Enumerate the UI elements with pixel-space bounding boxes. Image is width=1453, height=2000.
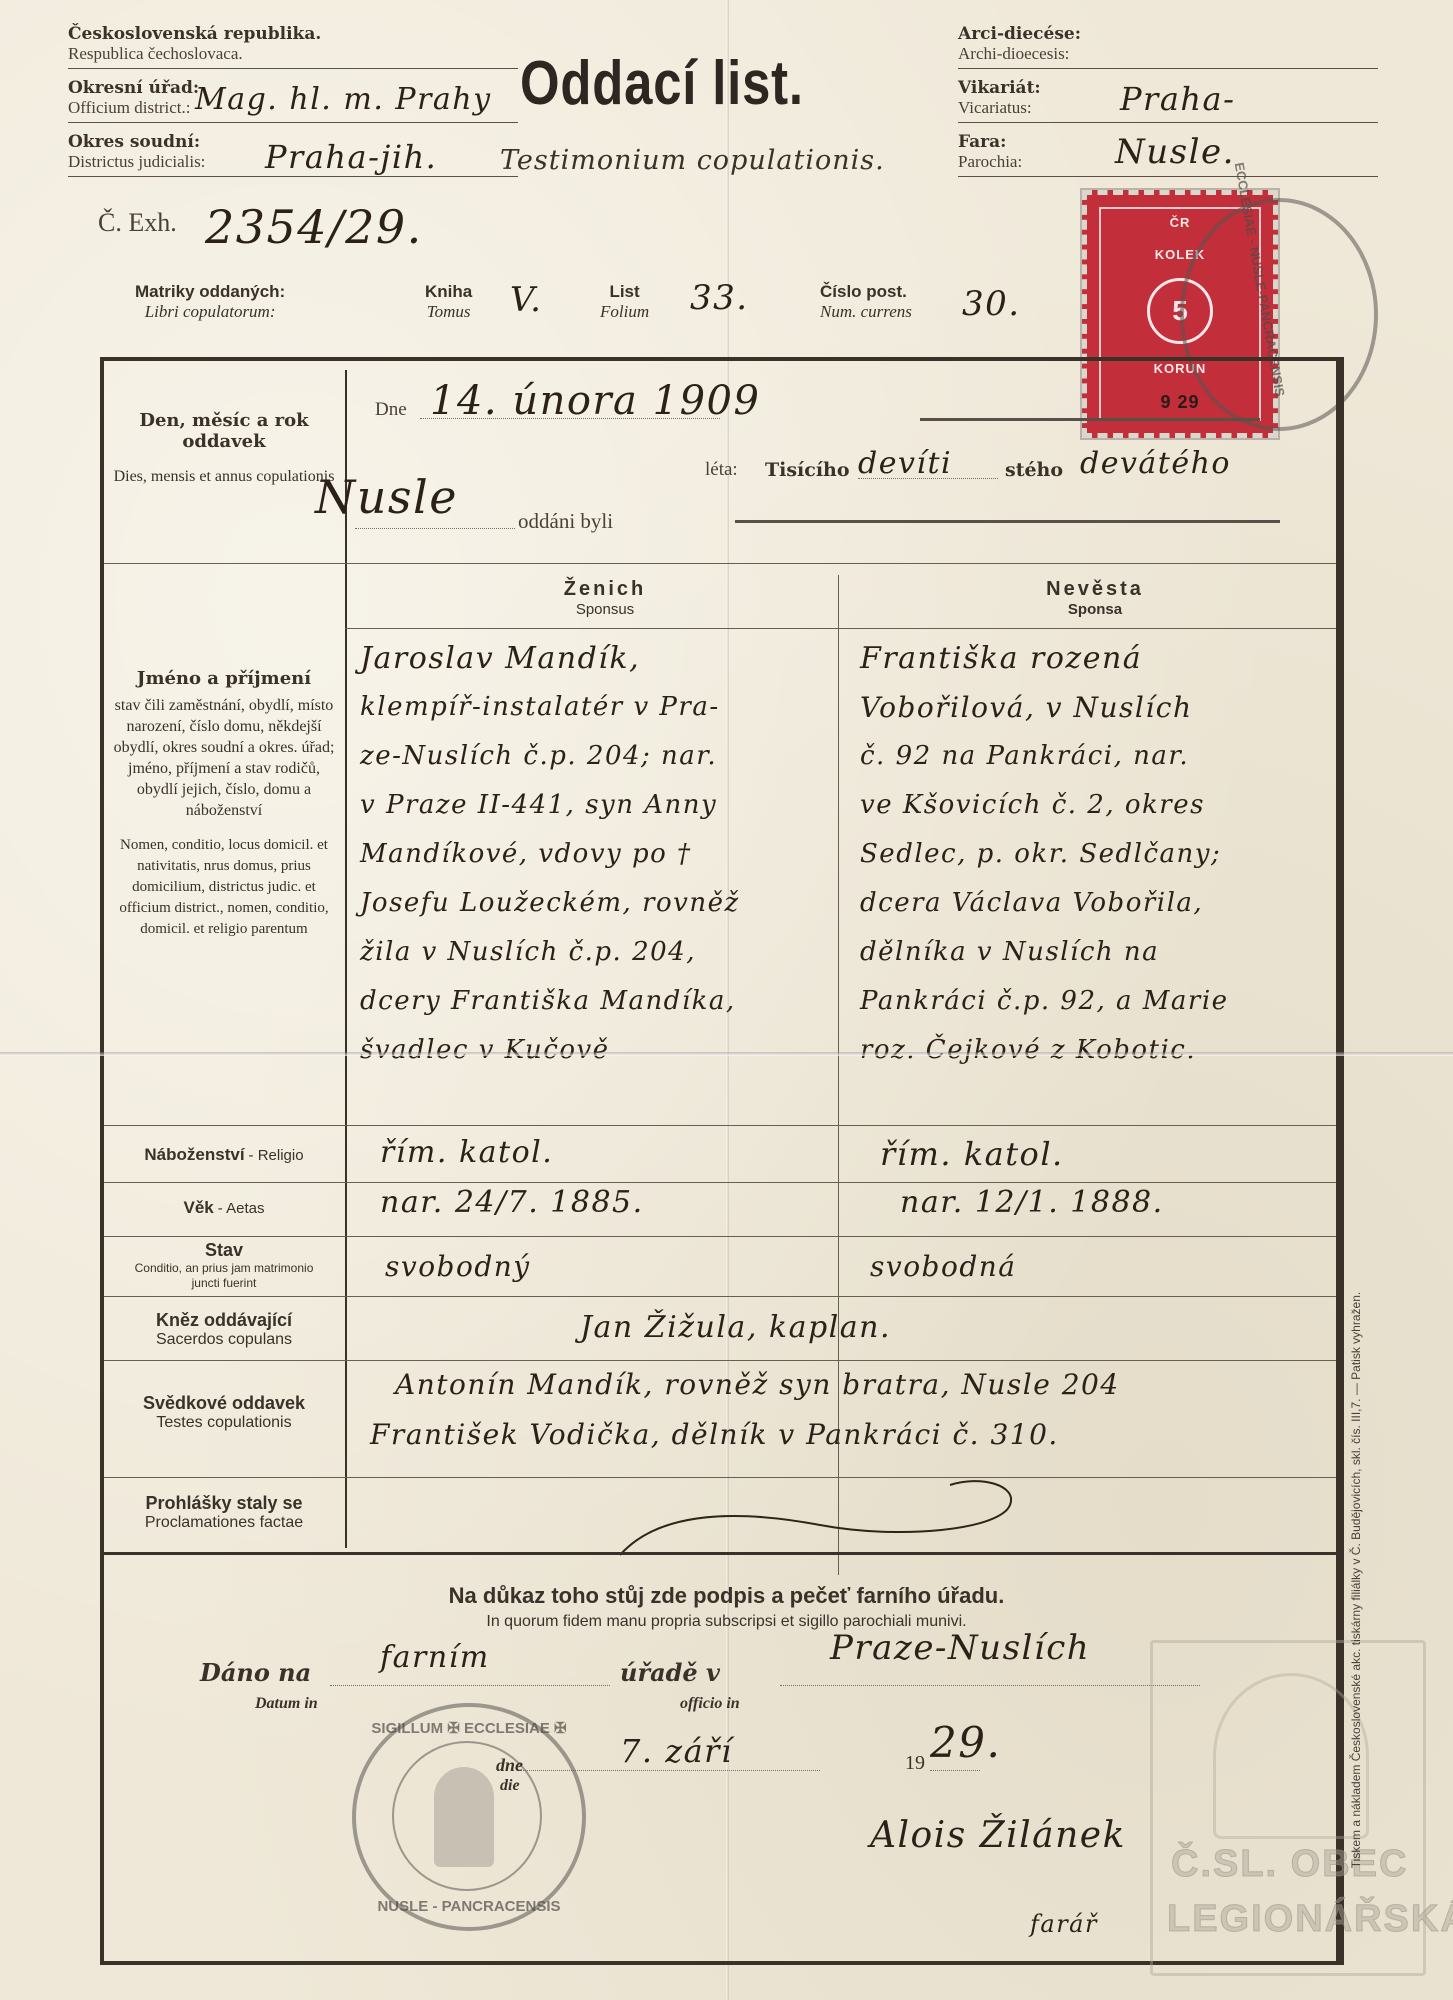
bride-line: Pankráci č.p. 92, a Marie	[860, 977, 1229, 1026]
vicariate-value: Praha-	[1120, 80, 1235, 118]
priest-value: Jan Žižula, kaplan.	[580, 1310, 891, 1345]
banns-row-label: Prohlášky staly se Proclamationes factae	[110, 1493, 338, 1532]
table-bottom-rule	[104, 1552, 1336, 1555]
bride-details: Františka rozená Vobořilová, v Nuslích č…	[860, 634, 1229, 1075]
row-divider	[104, 1296, 1336, 1297]
names-row-label: Jméno a příjmení stav čili zaměstnání, o…	[110, 668, 338, 940]
date-row-label: Den, měsíc a rok oddavek Dies, mensis et…	[110, 410, 338, 487]
register-label: Matriky oddaných: Libri copulatorum:	[135, 282, 285, 322]
dotted-line	[355, 528, 515, 529]
groom-line: klempíř-instalatér v Pra-	[360, 683, 740, 732]
groom-line: Mandíkové, vdovy po †	[360, 830, 740, 879]
year-thousand-value: devíti	[858, 446, 952, 481]
groom-status-value: svobodný	[385, 1250, 531, 1283]
row-divider	[104, 1125, 1336, 1126]
groom-details: Jaroslav Mandík, klempíř-instalatér v Pr…	[360, 634, 740, 1075]
vicariate-label-la: Vicariatus:	[958, 98, 1041, 117]
divider	[958, 176, 1378, 177]
names-desc-la: Nomen, conditio, locus domicil. et nativ…	[110, 835, 338, 940]
column-divider	[345, 370, 347, 1548]
row-divider	[104, 1360, 1336, 1361]
tomus-label-cs: Kniha	[425, 282, 472, 302]
header-district-office: Okresní úřad: Officium district.:	[68, 78, 199, 117]
divider	[68, 122, 518, 123]
register-label-cs: Matriky oddaných:	[135, 282, 285, 302]
witnesses-label-la: Testes copulationis	[110, 1414, 338, 1432]
emboss-text-line1: Č.SL. OBEC	[1171, 1843, 1408, 1886]
attestation-cs: Na důkaz toho stůj zde podpis a pečeť fa…	[0, 1583, 1453, 1609]
bride-label-cs: Nevěsta	[1010, 578, 1180, 601]
pastor-title: farář	[1030, 1910, 1098, 1938]
status-row-label: Stav Conditio, an prius jam matrimonio j…	[110, 1240, 338, 1291]
tisiciho-label: Tisícího	[765, 460, 850, 480]
groom-line: dcery Františka Mandíka,	[360, 977, 740, 1026]
bride-line: roz. Čejkové z Kobotic.	[860, 1026, 1229, 1075]
row-divider	[104, 1236, 1336, 1237]
strike-line	[735, 520, 1280, 523]
tomus-label-la: Tomus	[425, 302, 472, 322]
dotted-line	[930, 1770, 980, 1771]
header-parish: Fara: Parochia:	[958, 132, 1022, 171]
status-label-cs: Stav	[110, 1240, 338, 1261]
document-title: Oddací list.	[520, 48, 804, 119]
row-divider	[345, 628, 1336, 629]
groom-birth-value: nar. 24/7. 1885.	[380, 1185, 644, 1220]
strike-line	[920, 418, 1260, 421]
attestation-la: In quorum fidem manu propria subscripsi …	[0, 1613, 1453, 1631]
document-subtitle: Testimonium copulationis.	[500, 145, 885, 176]
year-hundred-value: devátého	[1080, 446, 1231, 481]
witness-line: František Vodička, dělník v Pankráci č. …	[370, 1418, 1059, 1451]
dotted-line	[858, 478, 998, 479]
banns-flourish	[600, 1470, 1040, 1560]
num-currens-label-cs: Číslo post.	[820, 282, 912, 302]
witnesses-label-cs: Svědkové oddavek	[110, 1393, 338, 1414]
die-label: die	[500, 1777, 520, 1795]
urade-label: úřadě v	[620, 1658, 720, 1687]
bride-line: dcera Václava Vobořila,	[860, 879, 1229, 928]
dotted-line	[780, 1685, 1200, 1686]
groom-line: švadlec v Kučově	[360, 1026, 740, 1075]
paper-fold-horizontal	[0, 1052, 1453, 1056]
priest-row-label: Kněz oddávající Sacerdos copulans	[110, 1310, 338, 1349]
groom-line: v Praze II-441, syn Anny	[360, 781, 740, 830]
bride-line: ve Kšovicích č. 2, okres	[860, 781, 1229, 830]
bride-line: dělníka v Nuslích na	[860, 928, 1229, 977]
parish-label-la: Parochia:	[958, 152, 1022, 171]
bride-birth-value: nar. 12/1. 1888.	[900, 1185, 1164, 1220]
header-vicariate: Vikariát: Vicariatus:	[958, 78, 1041, 117]
groom-label-cs: Ženich	[520, 578, 690, 601]
steho-label: stého	[1005, 460, 1063, 480]
banns-label-cs: Prohlášky staly se	[110, 1493, 338, 1514]
row-divider	[104, 1182, 1336, 1183]
tomus-label: Kniha Tomus	[425, 282, 472, 322]
exhibit-label: Č. Exh.	[98, 208, 177, 238]
tomus-value: V.	[510, 280, 542, 320]
issue-year-value: 29.	[930, 1718, 1001, 1767]
row-divider	[104, 563, 1336, 564]
dano-value: farním	[380, 1640, 490, 1675]
age-label-la: Aetas	[226, 1200, 264, 1217]
district-office-label-cs: Okresní úřad:	[68, 78, 199, 98]
exhibit-value: 2354/29.	[205, 200, 423, 254]
groom-religion-value: řím. katol.	[380, 1135, 553, 1170]
groom-line: žila v Nuslích č.p. 204,	[360, 928, 740, 977]
folium-value: 33.	[690, 278, 749, 318]
groom-line: Jaroslav Mandík,	[360, 634, 740, 683]
judicial-district-label-la: Districtus judicialis:	[68, 152, 205, 171]
issue-day-value: 7. září	[620, 1732, 733, 1770]
header-archdiocese: Arci-diecése: Archi-dioecesis:	[958, 24, 1081, 63]
groom-line: Josefu Loužeckém, rovněž	[360, 879, 740, 928]
banns-label-la: Proclamationes factae	[110, 1514, 338, 1532]
pastor-signature: Alois Žilánek	[870, 1815, 1126, 1856]
stamp-country: ČR	[1170, 215, 1191, 230]
emboss-text-line2: LEGIONÁŘSKÁ	[1167, 1898, 1453, 1941]
divider	[958, 68, 1378, 69]
dne-label: Dne	[375, 400, 407, 419]
judicial-district-value: Praha-jih.	[265, 138, 437, 176]
folium-label-cs: List	[600, 282, 649, 302]
bride-line: Vobořilová, v Nuslích	[860, 683, 1229, 732]
year-prefix: 19	[905, 1752, 925, 1775]
bride-status-value: svobodná	[870, 1250, 1016, 1283]
printer-imprint-text: Tiskem a nákladem Československé akc. ti…	[1349, 1292, 1363, 1868]
groom-header: Ženich Sponsus	[520, 578, 690, 618]
bride-line: Františka rozená	[860, 634, 1229, 683]
religion-label-la: Religio	[258, 1147, 304, 1164]
judicial-district-label-cs: Okres soudní:	[68, 132, 205, 152]
religion-row-label: Náboženství - Religio	[110, 1145, 338, 1165]
oddani-label: oddáni byli	[518, 512, 613, 531]
bride-line: Sedlec, p. okr. Sedlčany;	[860, 830, 1229, 879]
divider	[68, 68, 518, 69]
folium-label: List Folium	[600, 282, 649, 322]
dano-label: Dáno na	[200, 1658, 311, 1687]
dotted-line	[330, 1685, 610, 1686]
status-label-la: Conditio, an prius jam matrimonio juncti…	[110, 1261, 338, 1291]
republic-label-cs: Československá republika.	[68, 24, 321, 44]
district-office-value: Mag. hl. m. Prahy	[195, 82, 492, 117]
saint-figure-icon	[434, 1767, 494, 1867]
age-row-label: Věk - Aetas	[110, 1198, 338, 1218]
printer-imprint: Tiskem a nákladem Československé akc. ti…	[1346, 1180, 1366, 1980]
vicariate-label-cs: Vikariát:	[958, 78, 1041, 98]
seal-top-text: SIGILLUM ✠ ECCLESIAE ✠	[356, 1719, 582, 1737]
archdiocese-label-cs: Arci-diecése:	[958, 24, 1081, 44]
bride-religion-value: řím. katol.	[880, 1135, 1064, 1173]
date-label-la: Dies, mensis et annus copulationis	[110, 466, 338, 487]
date-label-cs: Den, měsíc a rok oddavek	[110, 410, 338, 452]
religion-label-cs: Náboženství	[144, 1145, 244, 1164]
num-currens-value: 30.	[962, 284, 1021, 324]
witnesses-row-label: Svědkové oddavek Testes copulationis	[110, 1393, 338, 1432]
names-desc-cs: stav čili zaměstnání, obydlí, místo naro…	[110, 695, 338, 821]
priest-label-la: Sacerdos copulans	[110, 1331, 338, 1349]
bride-label-la: Sponsa	[1010, 601, 1180, 618]
seal-bottom-text: NUSLE - PANCRACENSIS	[356, 1898, 582, 1915]
marriage-place-value: Nusle	[315, 470, 458, 524]
legionary-emboss-stamp: Č.SL. OBEC LEGIONÁŘSKÁ	[1150, 1640, 1426, 1976]
datum-label: Datum in	[255, 1695, 318, 1713]
register-label-la: Libri copulatorum:	[135, 302, 285, 322]
attestation-text-cs: Na důkaz toho stůj zde podpis a pečeť fa…	[449, 1583, 1005, 1608]
parish-seal: SIGILLUM ✠ ECCLESIAE ✠ NUSLE - PANCRACEN…	[352, 1703, 586, 1931]
bride-line: č. 92 na Pankráci, nar.	[860, 732, 1229, 781]
urade-value: Praze-Nuslích	[830, 1628, 1090, 1668]
divider	[958, 122, 1378, 123]
republic-label-la: Respublica čechoslovaca.	[68, 44, 321, 63]
parish-label-cs: Fara:	[958, 132, 1022, 152]
header-judicial-district: Okres soudní: Districtus judicialis:	[68, 132, 205, 171]
archdiocese-label-la: Archi-dioecesis:	[958, 44, 1081, 63]
divider	[68, 176, 518, 177]
leta-label: léta:	[705, 460, 738, 479]
names-label-cs: Jméno a příjmení	[110, 668, 338, 689]
district-office-label-la: Officium district.:	[68, 98, 199, 117]
officio-label: officio in	[680, 1695, 740, 1713]
folium-label-la: Folium	[600, 302, 649, 322]
age-label-cs: Věk	[184, 1198, 214, 1217]
priest-label-cs: Kněz oddávající	[110, 1310, 338, 1331]
num-currens-label: Číslo post. Num. currens	[820, 282, 912, 322]
header-republic: Československá republika. Respublica čec…	[68, 24, 321, 63]
groom-label-la: Sponsus	[520, 601, 690, 618]
groom-line: ze-Nuslích č.p. 204; nar.	[360, 732, 740, 781]
parish-value: Nusle.	[1115, 132, 1235, 172]
num-currens-label-la: Num. currens	[820, 302, 912, 322]
dne-label: dne	[496, 1755, 523, 1776]
bride-header: Nevěsta Sponsa	[1010, 578, 1180, 618]
witness-line: Antonín Mandík, rovněž syn bratra, Nusle…	[395, 1368, 1120, 1401]
marriage-date-value: 14. února 1909	[430, 378, 760, 424]
